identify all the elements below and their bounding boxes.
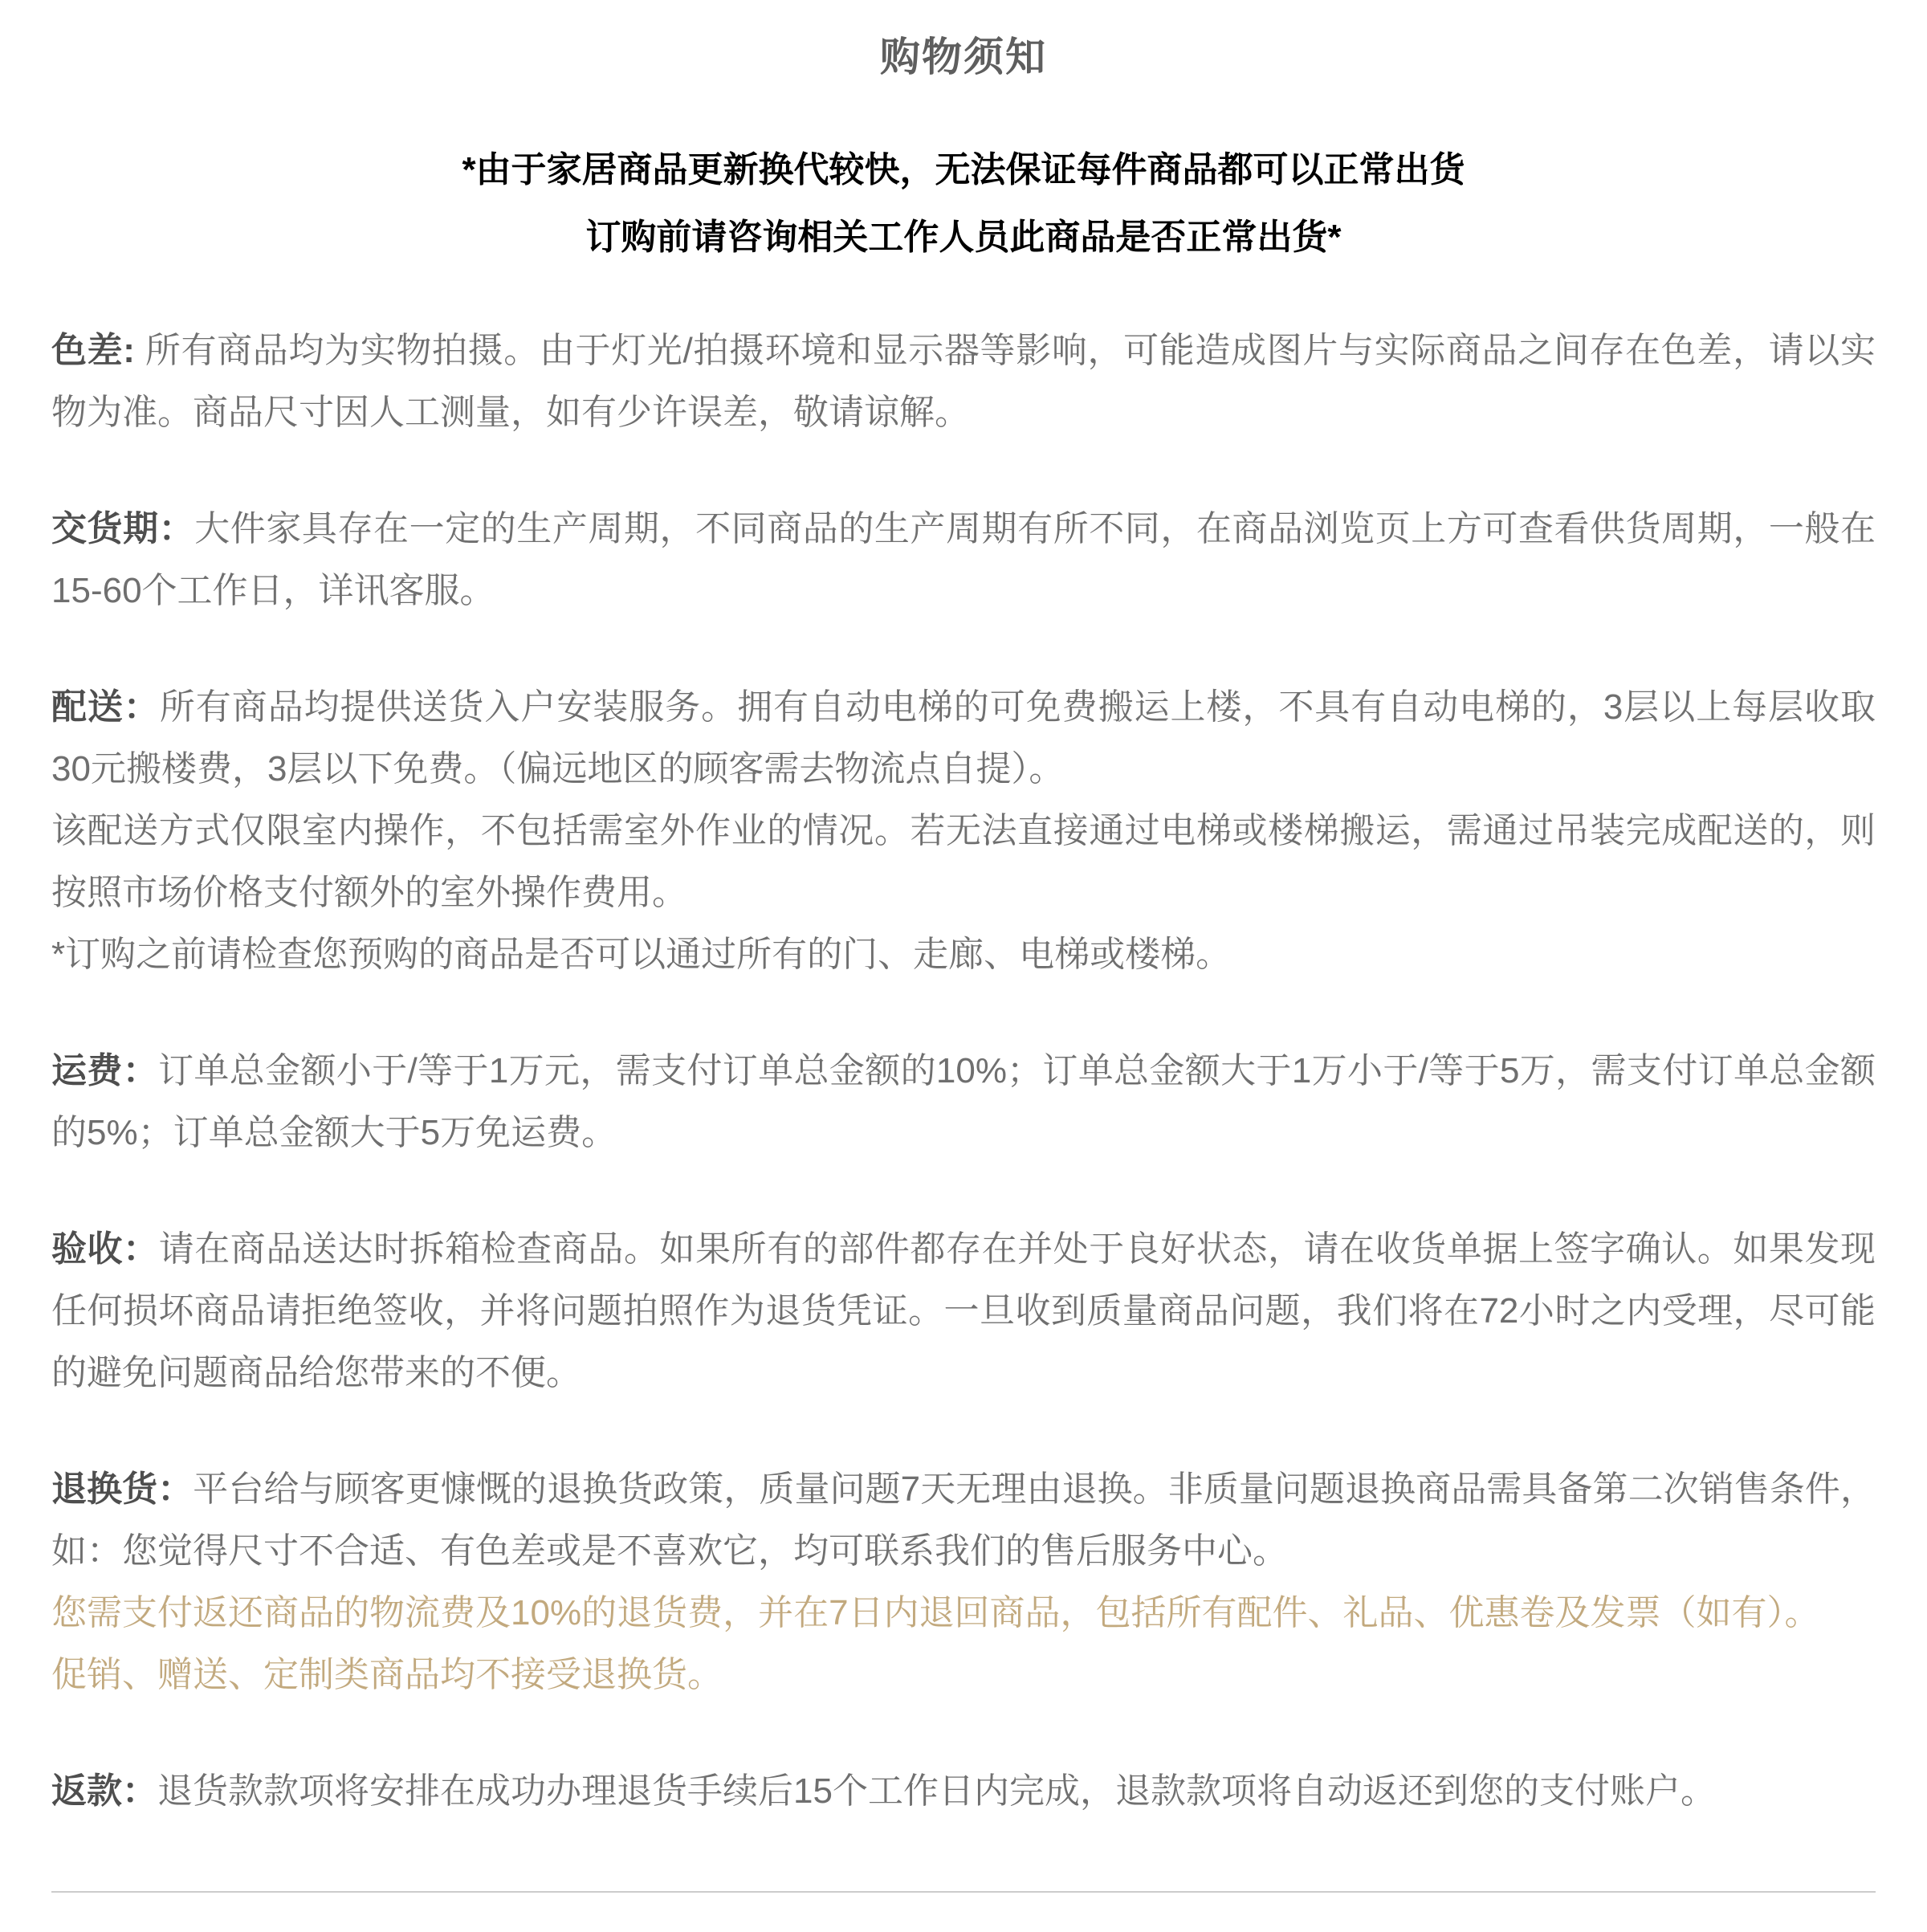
text-color-difference: 所有商品均为实物拍摄。由于灯光/拍摄环境和显示器等影响，可能造成图片与实际商品之… (51, 331, 1876, 432)
label-color-difference: 色差: (51, 331, 135, 370)
text-inspection: 请在商品送达时拆箱检查商品。如果所有的部件都存在并处于良好状态，请在收货单据上签… (51, 1229, 1876, 1392)
label-inspection: 验收： (51, 1229, 159, 1269)
paragraph-refund: 返款：退货款款项将安排在成功办理退货手续后15个工作日内完成，退款款项将自动返还… (51, 1760, 1876, 1822)
label-returns: 退换货： (51, 1469, 193, 1509)
shopping-notice-page: 购物须知 *由于家居商品更新换代较快，无法保证每件商品都可以正常出货 订购前请咨… (0, 0, 1927, 1932)
paragraph-shipping: 配送：所有商品均提供送货入户安装服务。拥有自动电梯的可免费搬运上楼，不具有自动电… (51, 676, 1876, 985)
label-refund: 返款： (51, 1771, 157, 1811)
text-returns-fee-gold: 您需支付返还商品的物流费及10%的退货费，并在7日内退回商品，包括所有配件、礼品… (51, 1593, 1820, 1632)
paragraph-delivery-time: 交货期：大件家具存在一定的生产周期，不同商品的生产周期有所不同，在商品浏览页上方… (51, 498, 1876, 622)
text-shipping-line-3: *订购之前请检查您预购的商品是否可以通过所有的门、走廊、电梯或楼梯。 (51, 935, 1231, 974)
text-returns: 平台给与顾客更慷慨的退换货政策，质量问题7天无理由退换。非质量问题退换商品需具备… (51, 1469, 1876, 1571)
text-shipping-line-2: 该配送方式仅限室内操作，不包括需室外作业的情况。若无法直接通过电梯或楼梯搬运，需… (51, 811, 1876, 912)
paragraph-inspection: 验收：请在商品送达时拆箱检查商品。如果所有的部件都存在并处于良好状态，请在收货单… (51, 1218, 1876, 1404)
page-title: 购物须知 (51, 29, 1876, 85)
bottom-divider (51, 1891, 1876, 1893)
paragraph-freight: 运费：订单总金额小于/等于1万元，需支付订单总金额的10%；订单总金额大于1万小… (51, 1040, 1876, 1164)
text-shipping-line-1: 所有商品均提供送货入户安装服务。拥有自动电梯的可免费搬运上楼，不具有自动电梯的，… (51, 687, 1876, 789)
paragraph-returns: 退换货：平台给与顾客更慷慨的退换货政策，质量问题7天无理由退换。非质量问题退换商… (51, 1458, 1876, 1706)
stock-availability-notice: *由于家居商品更新换代较快，无法保证每件商品都可以正常出货 订购前请咨询相关工作… (51, 137, 1876, 271)
text-returns-exclusions-gold: 促销、赠送、定制类商品均不接受退换货。 (51, 1655, 723, 1694)
label-freight: 运费： (51, 1051, 158, 1090)
text-refund: 退货款款项将安排在成功办理退货手续后15个工作日内完成，退款款项将自动返还到您的… (157, 1771, 1716, 1811)
paragraph-color-difference: 色差: 所有商品均为实物拍摄。由于灯光/拍摄环境和显示器等影响，可能造成图片与实… (51, 320, 1876, 443)
label-shipping: 配送： (51, 687, 160, 727)
text-delivery-time: 大件家具存在一定的生产周期，不同商品的生产周期有所不同，在商品浏览页上方可查看供… (51, 509, 1876, 610)
notice-line-1: *由于家居商品更新换代较快，无法保证每件商品都可以正常出货 (51, 137, 1876, 204)
text-freight: 订单总金额小于/等于1万元，需支付订单总金额的10%；订单总金额大于1万小于/等… (51, 1051, 1876, 1152)
label-delivery-time: 交货期： (51, 509, 194, 548)
notice-line-2: 订购前请咨询相关工作人员此商品是否正常出货* (51, 204, 1876, 271)
